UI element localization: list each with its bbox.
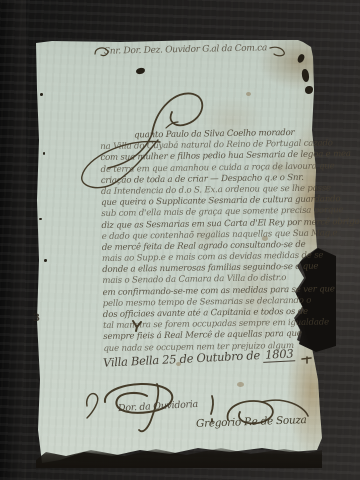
manuscript-photo: Snr. Dor. Dez. Ouvidor G.al da Com.ca qu… [0, 0, 360, 480]
margin-numeral: 3 [33, 313, 40, 324]
foxing-spot [246, 92, 251, 96]
ink-mark-y [130, 319, 144, 333]
dateline-year: 1803 [263, 346, 296, 363]
backing-board-shadow [0, 0, 26, 480]
header-right-flourish [268, 44, 290, 58]
foxing-spot [237, 382, 244, 387]
header-left-flourish [93, 44, 113, 58]
ink-mark-dash [300, 355, 314, 365]
